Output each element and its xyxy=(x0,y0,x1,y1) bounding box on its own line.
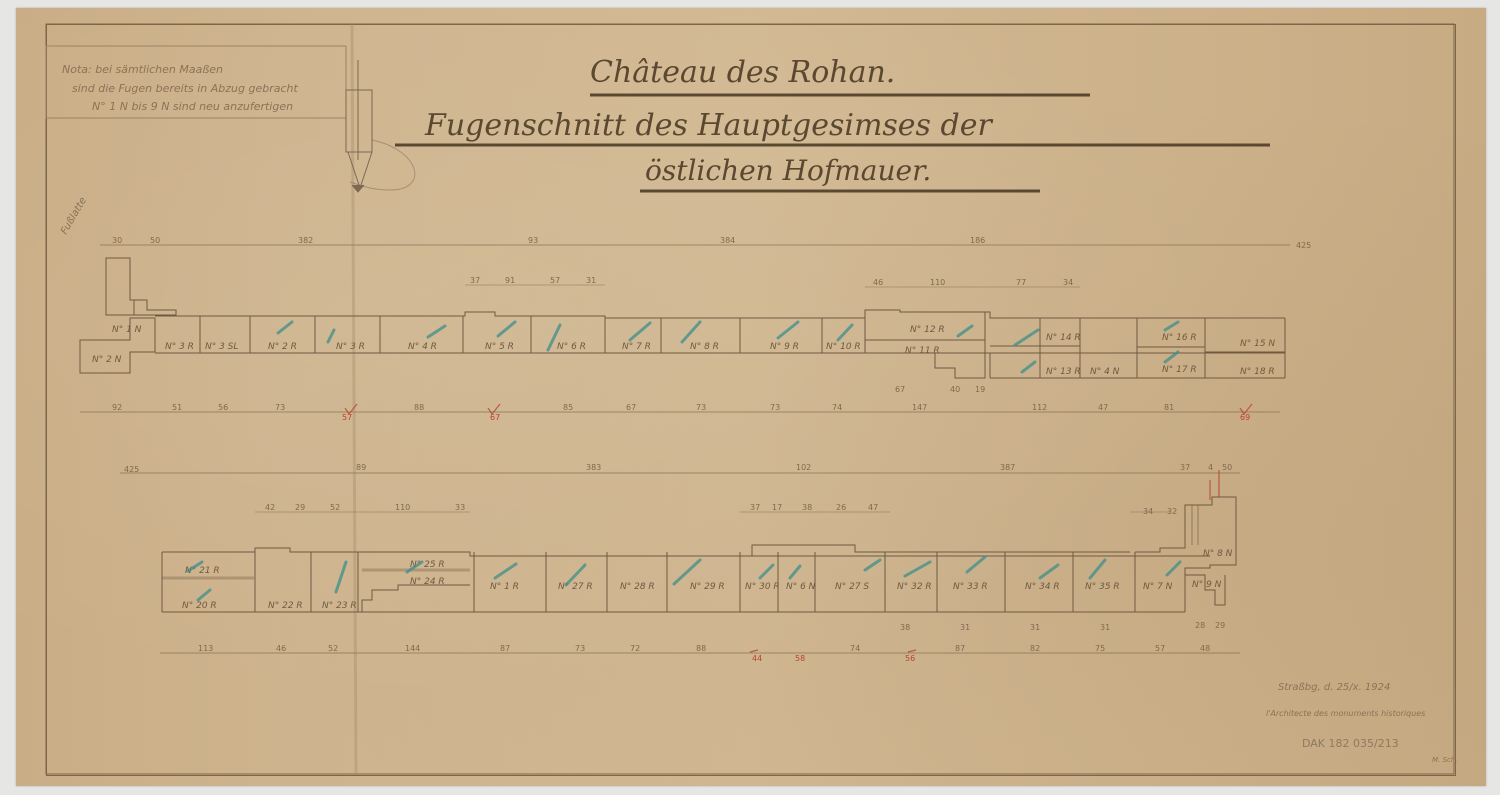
block-label: N° 22 R xyxy=(268,601,303,611)
dim-label: 37 xyxy=(470,276,480,285)
dim-label: 33 xyxy=(455,503,465,512)
block-label: N° 24 R xyxy=(410,577,445,587)
dim-label: 26 xyxy=(836,503,846,512)
red-check-marks xyxy=(345,404,1252,652)
dim-label: 88 xyxy=(696,644,706,653)
dim-label: 29 xyxy=(1215,621,1225,630)
block-label: N° 10 R xyxy=(826,342,861,352)
block-label: N° 12 R xyxy=(910,325,945,335)
block-label: N° 9 N xyxy=(1192,580,1222,590)
dim-label: 75 xyxy=(1095,644,1105,653)
dim-label: 47 xyxy=(1098,403,1108,412)
dim-label: 57 xyxy=(1155,644,1165,653)
block-label: N° 7 R xyxy=(622,342,651,352)
block-label: N° 3 SL xyxy=(205,342,238,352)
signature-block: Straßbg, d. 25/x. 1924 l'Architecte des … xyxy=(1266,682,1457,764)
note-line-1: Nota: bei sämtlichen Maaßen xyxy=(62,63,223,76)
block-label: N° 18 R xyxy=(1240,367,1275,377)
dim-label: 110 xyxy=(930,278,945,287)
dim-label: 38 xyxy=(802,503,812,512)
signature-role: l'Architecte des monuments historiques xyxy=(1266,709,1425,718)
upper-bottom-dimensions: 92 51 56 73 57 88 67 85 67 73 73 74 147 … xyxy=(112,385,1250,422)
dim-label: 382 xyxy=(298,236,313,245)
block-label: N° 23 R xyxy=(322,601,357,611)
block-label: N° 16 R xyxy=(1162,333,1197,343)
dim-label: 34 xyxy=(1063,278,1073,287)
dim-label: 73 xyxy=(696,403,706,412)
block-label: N° 30 R xyxy=(745,582,780,592)
block-label: N° 20 R xyxy=(182,601,217,611)
block-label: N° 4 N xyxy=(1090,367,1120,377)
dim-label: 31 xyxy=(960,623,970,632)
block-label: N° 11 R xyxy=(905,346,940,356)
red-dim-label: 44 xyxy=(752,654,762,663)
block-label: N° 1 N xyxy=(112,325,142,335)
drawing-canvas: Nota: bei sämtlichen Maaßen sind die Fug… xyxy=(16,8,1486,786)
dim-label: 19 xyxy=(975,385,985,394)
block-label: N° 17 R xyxy=(1162,365,1197,375)
dim-label: 17 xyxy=(772,503,782,512)
dim-label: 4 xyxy=(1208,463,1213,472)
dim-label: 73 xyxy=(770,403,780,412)
dim-label: 81 xyxy=(1164,403,1174,412)
red-dim-label: 57 xyxy=(342,413,352,422)
block-label: N° 3 R xyxy=(336,342,365,352)
red-dim-label: 69 xyxy=(1240,413,1250,422)
dim-label: 57 xyxy=(550,276,560,285)
dim-label: 32 xyxy=(1167,507,1177,516)
dim-label: 50 xyxy=(150,236,160,245)
title-line-3: östlichen Hofmauer. xyxy=(645,154,931,187)
block-label: N° 3 R xyxy=(165,342,194,352)
dim-label: 91 xyxy=(505,276,515,285)
note-line-3: N° 1 N bis 9 N sind neu anzufertigen xyxy=(92,100,293,113)
block-label: N° 9 R xyxy=(770,342,799,352)
block-label: N° 35 R xyxy=(1085,582,1120,592)
block-label: N° 33 R xyxy=(953,582,988,592)
block-label: N° 8 R xyxy=(690,342,719,352)
dim-label: 31 xyxy=(1030,623,1040,632)
dim-label: 34 xyxy=(1143,507,1153,516)
dim-label: 52 xyxy=(328,644,338,653)
dim-label: 186 xyxy=(970,236,985,245)
block-label: N° 1 R xyxy=(490,582,519,592)
red-dim-label: 56 xyxy=(905,654,915,663)
block-label: N° 4 R xyxy=(408,342,437,352)
lower-section-plan xyxy=(120,470,1240,653)
dim-label: 89 xyxy=(356,463,366,472)
dim-label: 113 xyxy=(198,644,213,653)
dim-label: 46 xyxy=(873,278,883,287)
block-label: N° 27 S xyxy=(835,582,869,592)
block-label: N° 2 R xyxy=(268,342,297,352)
dim-label: 47 xyxy=(868,503,878,512)
dim-label: 51 xyxy=(172,403,182,412)
dim-label: 30 xyxy=(112,236,122,245)
block-label: N° 14 R xyxy=(1046,333,1081,343)
dim-label: 74 xyxy=(850,644,860,653)
teal-crayon-marks xyxy=(188,322,1180,600)
dim-label: 77 xyxy=(1016,278,1026,287)
dim-label: 102 xyxy=(796,463,811,472)
dim-label: 52 xyxy=(330,503,340,512)
note-box: Nota: bei sämtlichen Maaßen sind die Fug… xyxy=(46,46,346,118)
dim-label: 87 xyxy=(955,644,965,653)
dim-label: 67 xyxy=(895,385,905,394)
lower-bottom-dimensions: 113 46 52 144 87 73 72 88 44 58 74 56 87… xyxy=(198,621,1225,663)
dim-label: 93 xyxy=(528,236,538,245)
dim-label: 425 xyxy=(1296,241,1311,250)
dim-label: 40 xyxy=(950,385,960,394)
title-block: Château des Rohan. Fugenschnitt des Haup… xyxy=(395,55,1270,191)
dim-label: 87 xyxy=(500,644,510,653)
block-label: N° 8 N xyxy=(1203,549,1233,559)
dim-label: 37 xyxy=(1180,463,1190,472)
dim-label: 29 xyxy=(295,503,305,512)
lower-overall-dimensions: 425 89 383 102 387 37 4 50 xyxy=(124,463,1232,474)
title-line-1: Château des Rohan. xyxy=(590,55,895,90)
dim-label: 384 xyxy=(720,236,735,245)
corner-initials: M. Sch. xyxy=(1432,756,1457,764)
dim-label: 82 xyxy=(1030,644,1040,653)
block-label: N° 6 N xyxy=(786,582,816,592)
dim-label: 50 xyxy=(1222,463,1232,472)
signature-date: Straßbg, d. 25/x. 1924 xyxy=(1278,682,1390,693)
upper-sub-dimensions: 37 91 57 31 46 110 77 34 xyxy=(470,276,1073,287)
block-label: N° 7 N xyxy=(1143,582,1173,592)
upper-block-labels: N° 1 N N° 2 N N° 3 R N° 3 SL N° 2 R N° 3… xyxy=(92,325,1275,377)
dim-label: 147 xyxy=(912,403,927,412)
dim-label: 383 xyxy=(586,463,601,472)
drawing-sheet: Nota: bei sämtlichen Maaßen sind die Fug… xyxy=(16,8,1486,786)
dim-label: 31 xyxy=(586,276,596,285)
dim-label: 73 xyxy=(575,644,585,653)
dim-label: 85 xyxy=(563,403,573,412)
block-label: N° 5 R xyxy=(485,342,514,352)
dim-label: 72 xyxy=(630,644,640,653)
block-label: N° 34 R xyxy=(1025,582,1060,592)
dim-label: 46 xyxy=(276,644,286,653)
dim-label: 38 xyxy=(900,623,910,632)
dim-label: 28 xyxy=(1195,621,1205,630)
red-dim-label: 58 xyxy=(795,654,805,663)
dim-label: 387 xyxy=(1000,463,1015,472)
lower-sub-dimensions: 42 29 52 110 33 37 17 38 26 47 34 32 xyxy=(265,503,1177,516)
upper-section-plan xyxy=(80,245,1290,412)
block-label: N° 28 R xyxy=(620,582,655,592)
dim-label: 425 xyxy=(124,465,139,474)
dim-label: 67 xyxy=(626,403,636,412)
dim-label: 92 xyxy=(112,403,122,412)
block-label: N° 13 R xyxy=(1046,367,1081,377)
block-label: N° 2 N xyxy=(92,355,122,365)
cornice-profile-sketch-icon xyxy=(346,60,415,192)
block-label: N° 6 R xyxy=(557,342,586,352)
archive-stamp: DAK 182 035/213 xyxy=(1302,737,1399,750)
block-label: N° 27 R xyxy=(558,582,593,592)
dim-label: 110 xyxy=(395,503,410,512)
block-label: N° 32 R xyxy=(897,582,932,592)
dim-label: 37 xyxy=(750,503,760,512)
block-label: N° 29 R xyxy=(690,582,725,592)
dim-label: 42 xyxy=(265,503,275,512)
dim-label: 88 xyxy=(414,403,424,412)
dim-label: 56 xyxy=(218,403,228,412)
margin-note: Fußlatte xyxy=(59,196,89,237)
dim-label: 144 xyxy=(405,644,420,653)
dim-label: 31 xyxy=(1100,623,1110,632)
dim-label: 48 xyxy=(1200,644,1210,653)
dim-label: 112 xyxy=(1032,403,1047,412)
dim-label: 74 xyxy=(832,403,842,412)
block-label: N° 15 N xyxy=(1240,339,1275,349)
upper-overall-dimensions: 30 50 382 93 384 186 425 xyxy=(112,236,1311,250)
title-line-2: Fugenschnitt des Hauptgesimses der xyxy=(424,108,993,143)
note-line-2: sind die Fugen bereits in Abzug gebracht xyxy=(72,82,299,95)
dim-label: 73 xyxy=(275,403,285,412)
